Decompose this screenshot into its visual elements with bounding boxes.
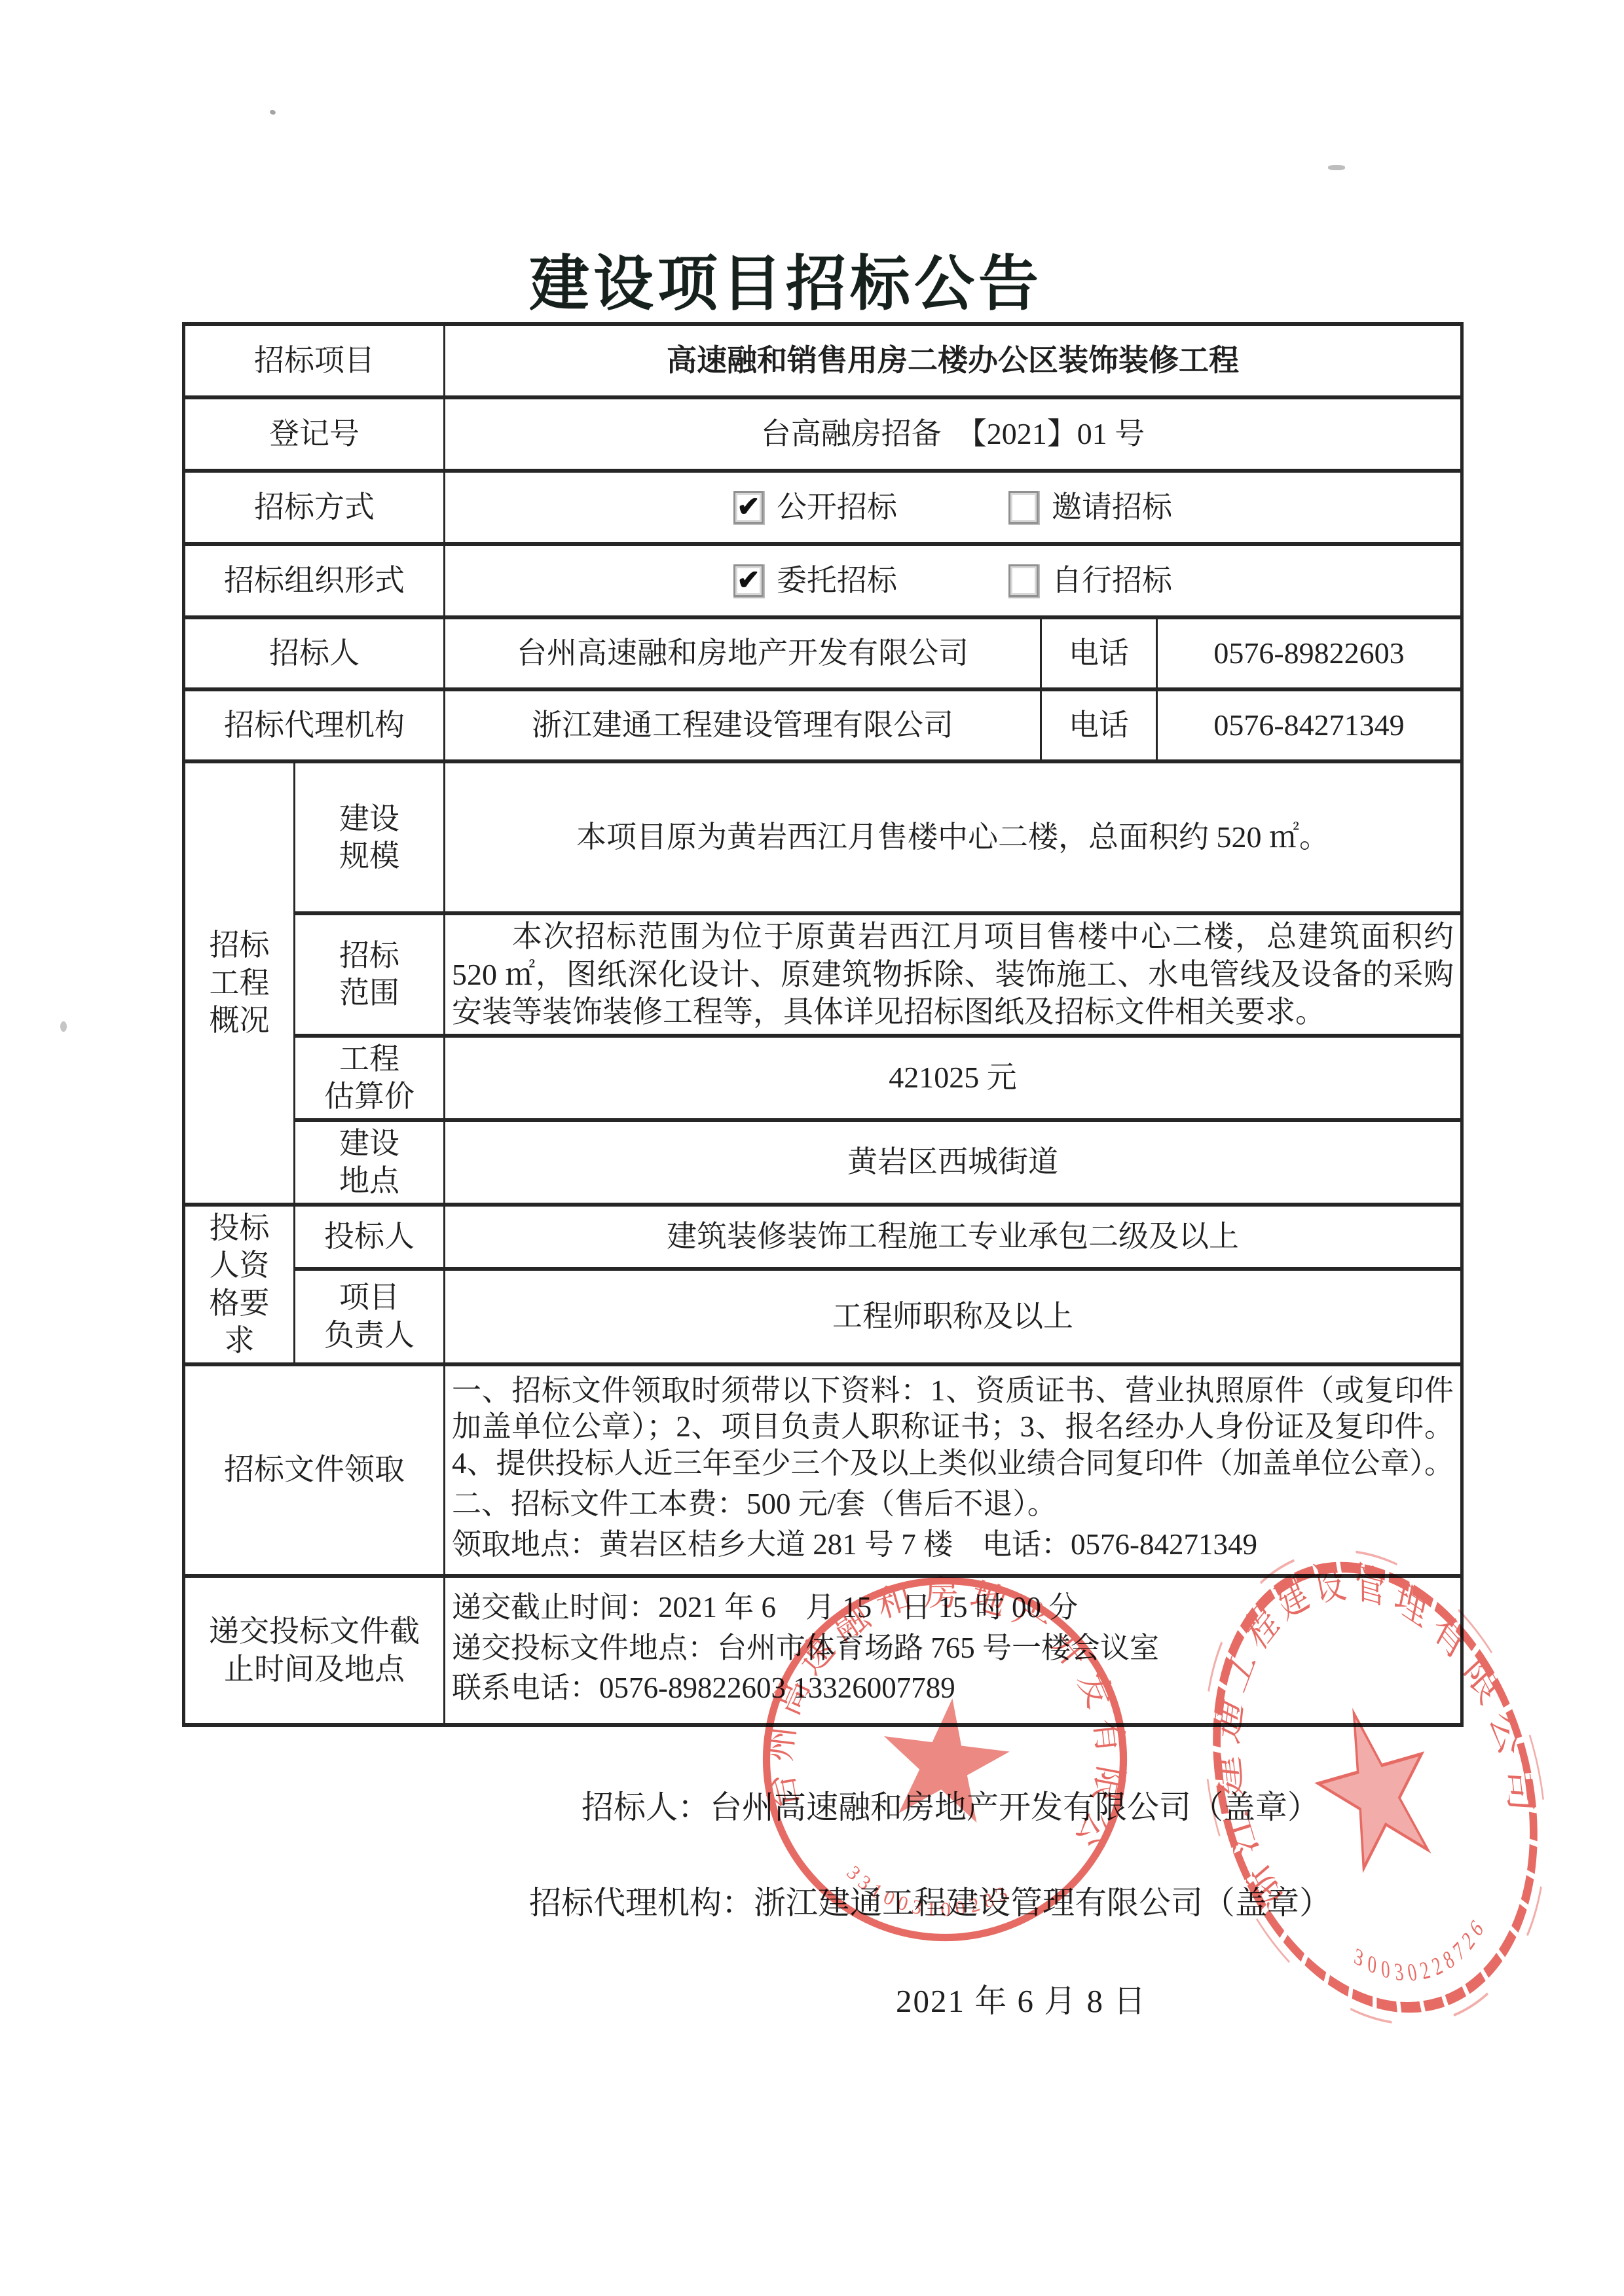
registration-label: 登记号 (184, 397, 445, 471)
location-label: 建设 地点 (295, 1120, 445, 1205)
tenderer-value: 台州高速融和房地产开发有限公司 (445, 617, 1041, 689)
project-value: 高速融和销售用房二楼办公区装饰装修工程 (445, 324, 1462, 397)
scale-label: 建设 规模 (295, 761, 445, 913)
table-row: 招标人 台州高速融和房地产开发有限公司 电话 0576-89822603 (184, 617, 1462, 689)
manager-value: 工程师职称及以上 (445, 1269, 1462, 1364)
checkbox-unchecked-icon[interactable] (1008, 491, 1039, 524)
bidder-value: 建筑装修装饰工程施工专业承包二级及以上 (445, 1205, 1462, 1269)
table-row: 招标文件领取 一、招标文件领取时须带以下资料：1、资质证书、营业执照原件（或复印… (184, 1364, 1462, 1576)
table-row: 招标项目 高速融和销售用房二楼办公区装饰装修工程 (184, 324, 1462, 397)
agency-tel-value: 0576-84271349 (1157, 689, 1462, 761)
organization-label: 招标组织形式 (184, 544, 445, 617)
estimate-label: 工程 估算价 (295, 1036, 445, 1120)
tender-announcement-table: 招标项目 高速融和销售用房二楼办公区装饰装修工程 登记号 台高融房招备 【202… (182, 322, 1464, 1727)
collection-requirements: 一、招标文件领取时须带以下资料：1、资质证书、营业执照原件（或复印件加盖单位公章… (452, 1373, 1454, 1482)
bidder-label: 投标人 (295, 1205, 445, 1269)
tenderer-label: 招标人 (184, 617, 445, 689)
scope-value: 本次招标范围为位于原黄岩西江月项目售楼中心二楼，总建筑面积约 520 ㎡，图纸深… (452, 918, 1454, 1031)
scan-artifact (269, 109, 276, 116)
agency-tel-label: 电话 (1041, 689, 1157, 761)
seal-serial-number: 30030228726 (1346, 1906, 1501, 2003)
table-row: 项目 负责人 工程师职称及以上 (184, 1269, 1462, 1364)
estimate-value: 421025 元 (445, 1036, 1462, 1120)
document-title: 建设项目招标公告 (0, 236, 1572, 322)
table-row: 招标 范围 本次招标范围为位于原黄岩西江月项目售楼中心二楼，总建筑面积约 520… (184, 913, 1462, 1036)
table-row: 建设 地点 黄岩区西城街道 (184, 1120, 1462, 1205)
collection-fee: 二、招标文件工本费：500 元/套（售后不退）。 (452, 1486, 1454, 1523)
table-row: 工程 估算价 421025 元 (184, 1036, 1462, 1120)
checkbox-checked-icon[interactable]: ✔ (733, 491, 764, 524)
table-row: 招标方式 ✔ 公开招标 邀请招标 (184, 471, 1462, 544)
deadline-label: 递交投标文件截 止时间及地点 (184, 1576, 445, 1725)
method-label: 招标方式 (184, 471, 445, 544)
footer-tenderer-signature-line: 招标人：台州高速融和房地产开发有限公司（盖章） (581, 1782, 1319, 1828)
organization-option-self: 自行招标 (1052, 562, 1172, 600)
table-row: 招标代理机构 浙江建通工程建设管理有限公司 电话 0576-84271349 (184, 689, 1462, 761)
tenderer-tel-label: 电话 (1041, 617, 1157, 689)
organization-option-delegated: 委托招标 (777, 562, 897, 600)
overview-group-label: 招标 工程 概况 (184, 761, 295, 1205)
svg-text:30030228726: 30030228726 (1346, 1906, 1501, 2003)
table-row: 招标 工程 概况 建设 规模 本项目原为黄岩西江月售楼中心二楼，总面积约 520… (184, 761, 1462, 913)
footer-date: 2021 年 6 月 8 日 (896, 1976, 1147, 2022)
footer-agency-signature-line: 招标代理机构：浙江建通工程建设管理有限公司（盖章） (529, 1878, 1331, 1923)
registration-value: 台高融房招备 【2021】01 号 (445, 397, 1462, 471)
tenderer-tel-value: 0576-89822603 (1157, 617, 1462, 689)
deadline-contact: 联系电话：0576-89822603 13326007789 (452, 1670, 1454, 1707)
scope-label: 招标 范围 (295, 913, 445, 1036)
scale-value: 本项目原为黄岩西江月售楼中心二楼，总面积约 520 ㎡。 (445, 761, 1462, 913)
deadline-time: 递交截止时间：2021 年 6 月 15 日 15 时 00 分 (452, 1590, 1454, 1626)
method-option-invite: 邀请招标 (1052, 488, 1172, 526)
collection-label: 招标文件领取 (184, 1364, 445, 1576)
location-value: 黄岩区西城街道 (445, 1120, 1462, 1205)
table-row: 招标组织形式 ✔ 委托招标 自行招标 (184, 544, 1462, 617)
deadline-place: 递交投标文件地点：台州市体育场路 765 号一楼会议室 (452, 1630, 1454, 1667)
method-options: ✔ 公开招标 邀请招标 (452, 488, 1454, 526)
agency-value: 浙江建通工程建设管理有限公司 (445, 689, 1041, 761)
project-label: 招标项目 (184, 324, 445, 397)
manager-label: 项目 负责人 (295, 1269, 445, 1364)
scan-artifact (60, 1021, 67, 1032)
method-option-open: 公开招标 (777, 488, 897, 526)
checkbox-unchecked-icon[interactable] (1008, 564, 1039, 597)
checkbox-checked-icon[interactable]: ✔ (733, 564, 764, 597)
collection-address: 领取地点：黄岩区桔乡大道 281 号 7 楼 电话：0576-84271349 (452, 1527, 1454, 1563)
table-row: 递交投标文件截 止时间及地点 递交截止时间：2021 年 6 月 15 日 15… (184, 1576, 1462, 1725)
table-row: 投标 人资 格要 求 投标人 建筑装修装饰工程施工专业承包二级及以上 (184, 1205, 1462, 1269)
scanned-document-page: 建设项目招标公告 招标项目 高速融和销售用房二楼办公区装饰装修工程 登记号 台高… (0, 0, 1624, 2296)
qualification-group-label: 投标 人资 格要 求 (184, 1205, 295, 1364)
table-row: 登记号 台高融房招备 【2021】01 号 (184, 397, 1462, 471)
organization-options: ✔ 委托招标 自行招标 (452, 562, 1454, 600)
scan-artifact (1328, 165, 1345, 170)
agency-label: 招标代理机构 (184, 689, 445, 761)
